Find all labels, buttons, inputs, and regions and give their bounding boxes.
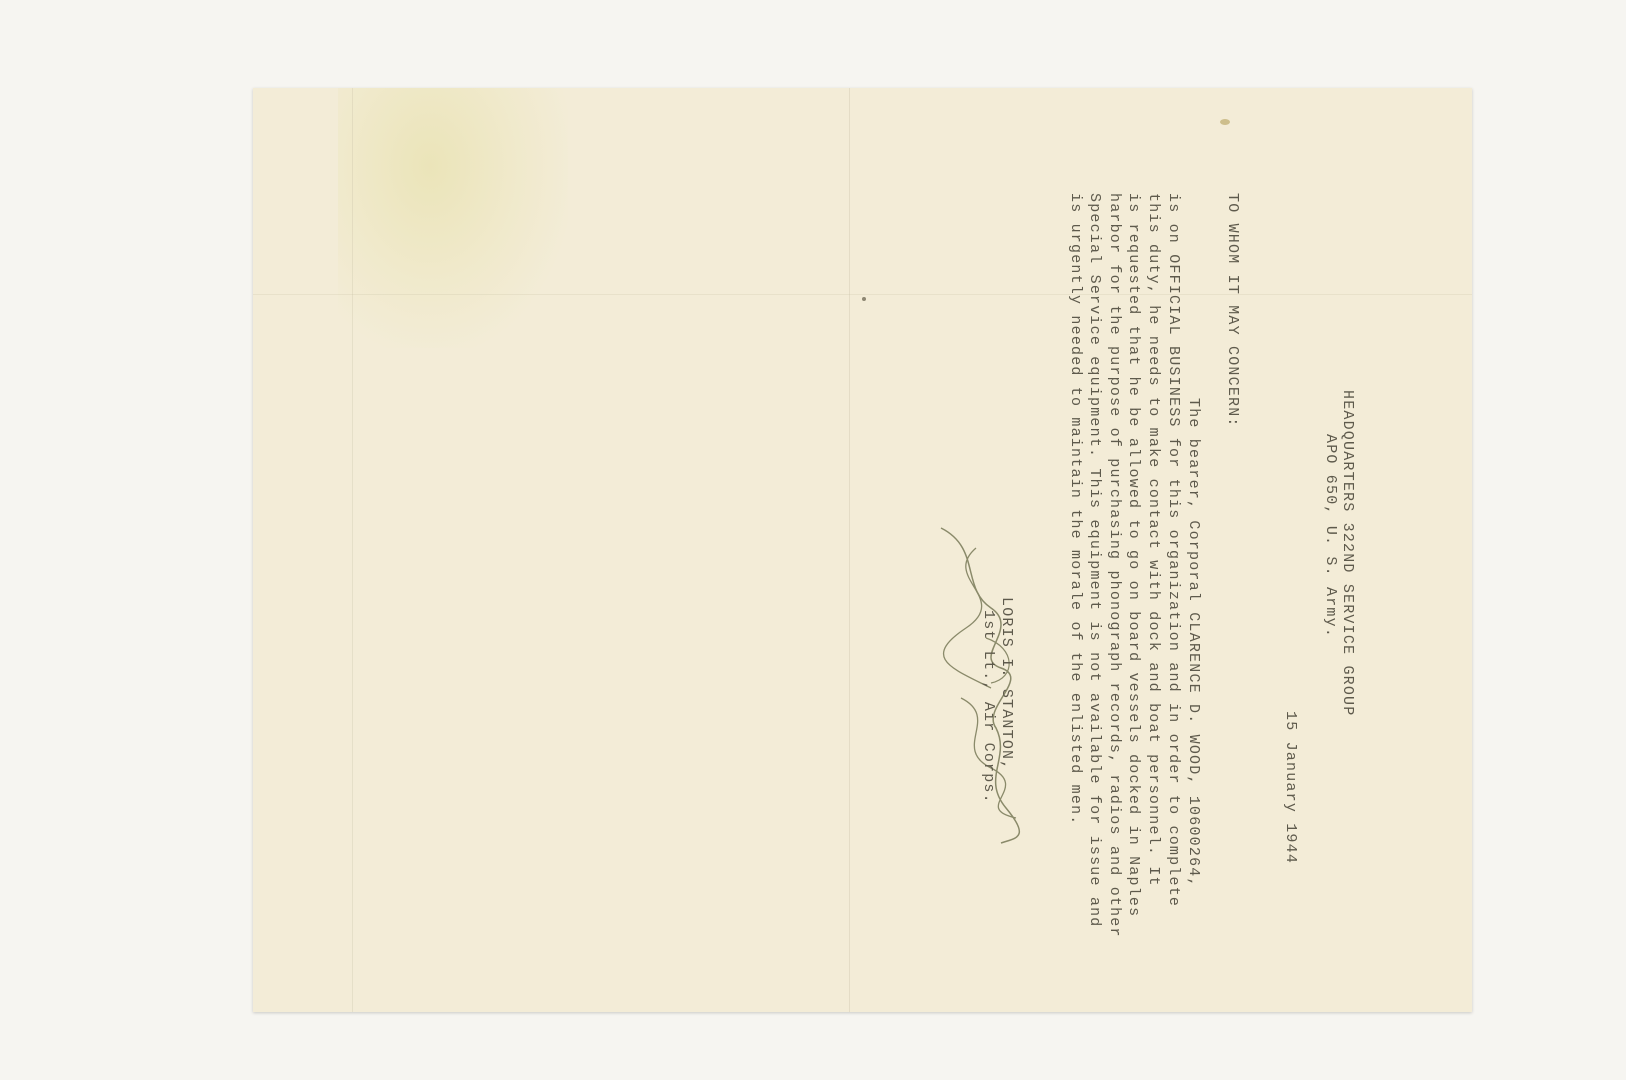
letter-date: 15 January 1944 <box>1282 711 1298 864</box>
body-line-7: is urgently needed to maintain the moral… <box>1067 193 1083 826</box>
signatory-rank: 1st Lt., Air Corps. <box>980 610 996 804</box>
fold-line-vertical <box>849 88 850 1012</box>
body-line-3: this duty, he needs to make contact with… <box>1145 193 1161 887</box>
body-line-2: is on OFFICIAL BUSINESS for this organiz… <box>1165 193 1181 907</box>
pin-hole <box>862 297 866 301</box>
water-stain <box>338 88 568 348</box>
body-line-1: The bearer, Corporal CLARENCE D. WOOD, 1… <box>1185 398 1201 888</box>
salutation: TO WHOM IT MAY CONCERN: <box>1224 193 1240 428</box>
letter-paper: HEADQUARTERS 322ND SERVICE GROUP APO 650… <box>253 88 1472 1012</box>
letterhead-address: APO 650, U. S. Army. <box>1322 434 1338 638</box>
letterhead-unit: HEADQUARTERS 322ND SERVICE GROUP <box>1339 390 1355 716</box>
fold-line-horizontal <box>253 294 1472 295</box>
fold-line-left <box>352 88 353 1012</box>
ink-smudge <box>1220 119 1230 125</box>
body-line-6: Special Service equipment. This equipmen… <box>1086 193 1102 928</box>
body-line-4: is requested that he be allowed to go on… <box>1125 193 1141 917</box>
body-line-5: harbor for the purpose of purchasing pho… <box>1106 193 1122 938</box>
signatory-name: LORIS I. STANTON, <box>998 597 1014 770</box>
